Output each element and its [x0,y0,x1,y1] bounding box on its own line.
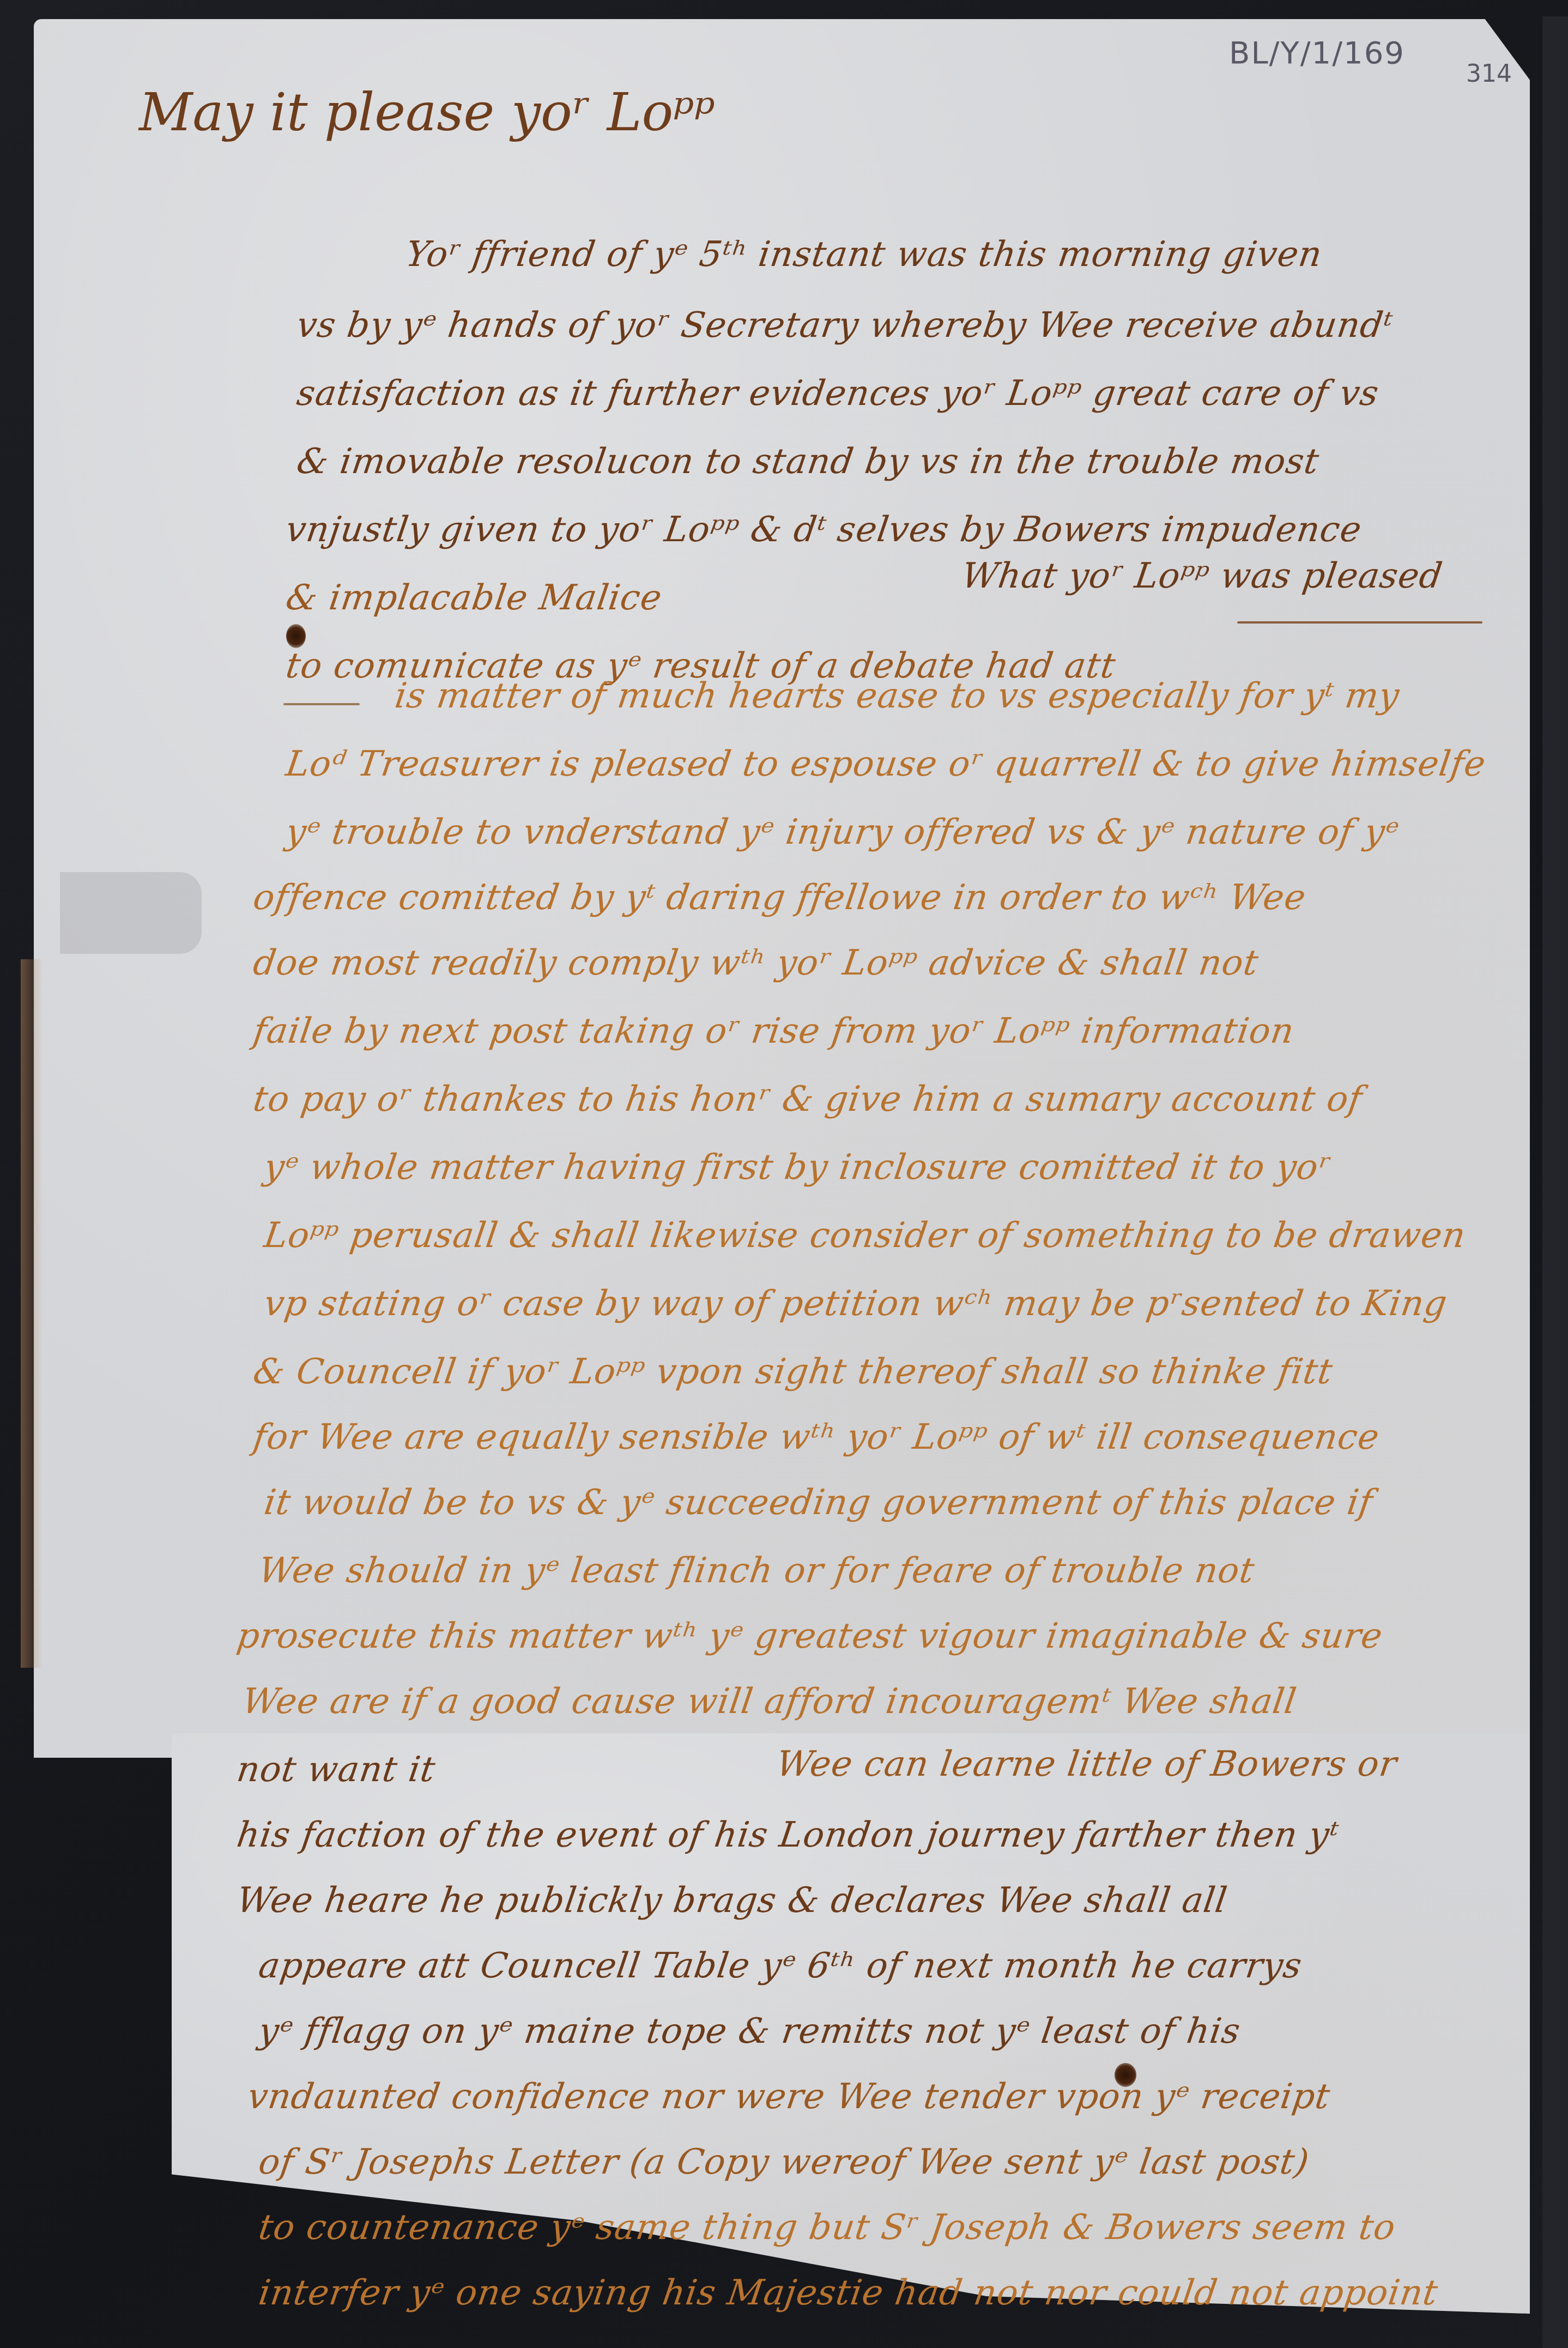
letter-line: to countenance yᵉ same thing but Sʳ Jose… [256,2207,1398,2248]
letter-line: satisfaction as it further evidences yoʳ… [294,373,1382,414]
letter-line: prosecute this matter wᵗʰ yᵉ greatest vi… [234,1616,1385,1656]
letter-line: Wee are if a good cause will afford inco… [240,1681,1299,1722]
letter-line: & Councell if yoʳ Loᵖᵖ vpon sight thereo… [251,1352,1335,1392]
letter-line: Wee should in yᵉ least flinch or for fea… [256,1551,1257,1591]
line-filler-rule [1237,621,1482,624]
letter-line: of Sʳ Josephs Letter (a Copy wereof Wee … [256,2142,1312,2182]
letter-line: yᵉ trouble to vnderstand yᵉ injury offer… [283,812,1402,852]
letter-line: his faction of the event of his London j… [234,1815,1341,1855]
letter-line: faile by next post taking oʳ rise from y… [251,1011,1297,1051]
letter-line: vnjustly given to yoʳ Loᵖᵖ & dᵗ selves b… [283,510,1364,550]
letter-line: vndaunted confidence nor were Wee tender… [245,2077,1333,2117]
letter-line: vs by yᵉ hands of yoʳ Secretary whereby … [294,305,1395,346]
letter-line: not want it [234,1750,438,1790]
ink-blot [286,624,306,648]
letter-line: offence comitted by yᵗ daring ffellowe i… [251,878,1309,918]
letter-line: it would be to vs & yᵉ succeeding govern… [262,1482,1376,1523]
letter-line: to pay oʳ thankes to his honʳ & give him… [251,1079,1365,1119]
letter-line: vp stating oʳ case by way of petition wᶜ… [262,1284,1450,1324]
letter-line: yᵉ whole matter having first by inclosur… [262,1147,1334,1188]
letter-line-continuation: What yoʳ Loᵖᵖ was pleased [959,556,1445,596]
letter-body: Yoʳ ffriend of yᵉ 5ᵗʰ instant was this m… [0,0,1568,2348]
letter-line: doe most readily comply wᵗʰ yoʳ Loᵖᵖ adv… [251,943,1261,983]
letter-line-continuation: Wee can learne little of Bowers or [774,1744,1400,1784]
letter-line: yᵉ fflagg on yᵉ maine tope & remitts not… [256,2011,1243,2052]
letter-line: for Wee are equally sensible wᵗʰ yoʳ Loᵖ… [251,1417,1382,1457]
letter-line: is matter of much hearts ease to vs espe… [392,676,1402,716]
letter-line: Loᵖᵖ perusall & shall likewise consider … [262,1215,1468,1256]
line-filler-rule [283,703,360,705]
ink-blot [1115,2063,1136,2087]
letter-line: interfer yᵉ one saying his Majestie had … [256,2273,1440,2313]
letter-line: appeare att Councell Table yᵉ 6ᵗʰ of nex… [256,1946,1305,1986]
letter-line: Wee heare he publickly brags & declares … [234,1880,1230,1921]
letter-line: Yoʳ ffriend of yᵉ 5ᵗʰ instant was this m… [403,234,1325,275]
letter-line: Loᵈ Treasurer is pleased to espouse oʳ q… [283,744,1488,784]
letter-line: & imovable resolucon to stand by vs in t… [294,441,1322,482]
letter-line: & implacable Malice [283,578,664,618]
